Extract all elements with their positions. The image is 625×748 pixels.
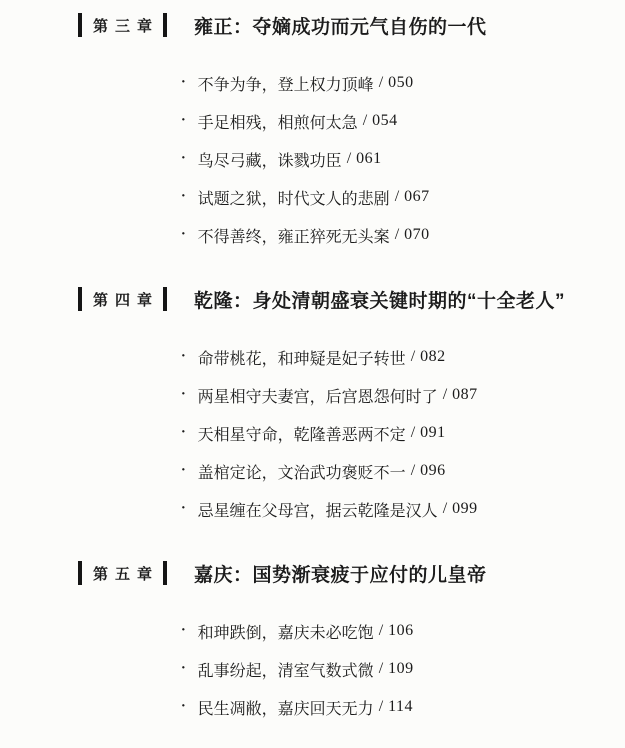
page-separator: / [379, 660, 383, 678]
page-number: 061 [356, 150, 382, 168]
chapter-number: 第四章 [93, 289, 159, 310]
page-separator: / [443, 386, 447, 404]
page-separator: / [395, 188, 399, 206]
double-bar-icon [163, 287, 167, 311]
toc-item: · 鸟尽弓藏，诛戮功臣 / 061 [180, 140, 625, 178]
chapter-title: 嘉庆：国势渐衰疲于应付的儿皇帝 [194, 560, 487, 587]
toc-item: · 和珅跌倒，嘉庆未必吃饱 / 106 [180, 612, 625, 650]
page-number: 096 [420, 462, 446, 480]
toc-item-title: 不得善终，雍正猝死无头案 [198, 224, 390, 247]
page-separator: / [395, 226, 399, 244]
toc-page: 第三章 雍正：夺嫡成功而元气自伤的一代 · 不争为争，登上权力顶峰 / 050 … [0, 0, 625, 748]
bullet-icon: · [180, 72, 187, 92]
double-bar-icon [163, 13, 167, 37]
toc-item-title: 鸟尽弓藏，诛戮功臣 [198, 148, 342, 171]
bullet-icon: · [180, 224, 187, 244]
toc-item-title: 手足相残，相煎何太急 [198, 110, 358, 133]
page-separator: / [411, 462, 415, 480]
page-number: 099 [452, 500, 478, 518]
toc-item: · 民生凋敝，嘉庆回天无力 / 114 [180, 688, 625, 726]
double-bar-icon [78, 13, 82, 37]
double-bar-icon [78, 561, 82, 585]
toc: 第三章 雍正：夺嫡成功而元气自伤的一代 · 不争为争，登上权力顶峰 / 050 … [0, 10, 625, 726]
bullet-icon: · [180, 620, 187, 640]
toc-item: · 不得善终，雍正猝死无头案 / 070 [180, 216, 625, 254]
toc-item-title: 命带桃花，和珅疑是妃子转世 [198, 346, 406, 369]
toc-item: · 乱事纷起，清室气数式微 / 109 [180, 650, 625, 688]
chapter-header: 第五章 嘉庆：国势渐衰疲于应付的儿皇帝 [0, 558, 625, 588]
bullet-icon: · [180, 498, 187, 518]
bullet-icon: · [180, 346, 187, 366]
bullet-icon: · [180, 148, 187, 168]
toc-item: · 命带桃花，和珅疑是妃子转世 / 082 [180, 338, 625, 376]
bullet-icon: · [180, 186, 187, 206]
page-separator: / [443, 500, 447, 518]
chapter-items: · 命带桃花，和珅疑是妃子转世 / 082 · 两星相守夫妻宫，后宫恩怨何时了 … [0, 338, 625, 528]
page-number: 054 [372, 112, 398, 130]
page-number: 087 [452, 386, 478, 404]
toc-item-title: 和珅跌倒，嘉庆未必吃饱 [198, 620, 374, 643]
toc-item-title: 天相星守命，乾隆善恶两不定 [198, 422, 406, 445]
page-number: 106 [388, 622, 414, 640]
bullet-icon: · [180, 422, 187, 442]
toc-item: · 两星相守夫妻宫，后宫恩怨何时了 / 087 [180, 376, 625, 414]
toc-item-title: 乱事纷起，清室气数式微 [198, 658, 374, 681]
chapter-title: 雍正：夺嫡成功而元气自伤的一代 [194, 12, 487, 39]
toc-item-title: 两星相守夫妻宫，后宫恩怨何时了 [198, 384, 438, 407]
toc-item: · 不争为争，登上权力顶峰 / 050 [180, 64, 625, 102]
page-number: 067 [404, 188, 430, 206]
bullet-icon: · [180, 384, 187, 404]
page-separator: / [363, 112, 367, 130]
toc-item: · 手足相残，相煎何太急 / 054 [180, 102, 625, 140]
chapter-section: 第三章 雍正：夺嫡成功而元气自伤的一代 · 不争为争，登上权力顶峰 / 050 … [0, 10, 625, 254]
chapter-header: 第三章 雍正：夺嫡成功而元气自伤的一代 [0, 10, 625, 40]
page-separator: / [411, 348, 415, 366]
page-number: 082 [420, 348, 446, 366]
toc-item-title: 忌星缠在父母宫，据云乾隆是汉人 [198, 498, 438, 521]
chapter-number-label: 第四章 [78, 287, 167, 311]
chapter-section: 第四章 乾隆：身处清朝盛衰关键时期的“十全老人” · 命带桃花，和珅疑是妃子转世… [0, 284, 625, 528]
page-number: 091 [420, 424, 446, 442]
chapter-number: 第五章 [93, 563, 159, 584]
double-bar-icon [163, 561, 167, 585]
chapter-items: · 和珅跌倒，嘉庆未必吃饱 / 106 · 乱事纷起，清室气数式微 / 109 … [0, 612, 625, 726]
page-separator: / [379, 74, 383, 92]
chapter-header: 第四章 乾隆：身处清朝盛衰关键时期的“十全老人” [0, 284, 625, 314]
page-separator: / [411, 424, 415, 442]
chapter-number-label: 第五章 [78, 561, 167, 585]
page-number: 050 [388, 74, 414, 92]
page-number: 114 [388, 698, 413, 716]
chapter-number: 第三章 [93, 15, 159, 36]
bullet-icon: · [180, 696, 187, 716]
bullet-icon: · [180, 460, 187, 480]
page-separator: / [347, 150, 351, 168]
bullet-icon: · [180, 110, 187, 130]
chapter-section: 第五章 嘉庆：国势渐衰疲于应付的儿皇帝 · 和珅跌倒，嘉庆未必吃饱 / 106 … [0, 558, 625, 726]
chapter-items: · 不争为争，登上权力顶峰 / 050 · 手足相残，相煎何太急 / 054 ·… [0, 64, 625, 254]
chapter-title: 乾隆：身处清朝盛衰关键时期的“十全老人” [194, 286, 565, 313]
toc-item-title: 不争为争，登上权力顶峰 [198, 72, 374, 95]
double-bar-icon [78, 287, 82, 311]
page-number: 109 [388, 660, 414, 678]
chapter-number-label: 第三章 [78, 13, 167, 37]
page-separator: / [379, 698, 383, 716]
toc-item: · 试题之狱，时代文人的悲剧 / 067 [180, 178, 625, 216]
page-separator: / [379, 622, 383, 640]
page-number: 070 [404, 226, 430, 244]
toc-item: · 天相星守命，乾隆善恶两不定 / 091 [180, 414, 625, 452]
toc-item-title: 试题之狱，时代文人的悲剧 [198, 186, 390, 209]
toc-item: · 盖棺定论，文治武功褒贬不一 / 096 [180, 452, 625, 490]
toc-item: · 忌星缠在父母宫，据云乾隆是汉人 / 099 [180, 490, 625, 528]
toc-item-title: 盖棺定论，文治武功褒贬不一 [198, 460, 406, 483]
toc-item-title: 民生凋敝，嘉庆回天无力 [198, 696, 374, 719]
bullet-icon: · [180, 658, 187, 678]
